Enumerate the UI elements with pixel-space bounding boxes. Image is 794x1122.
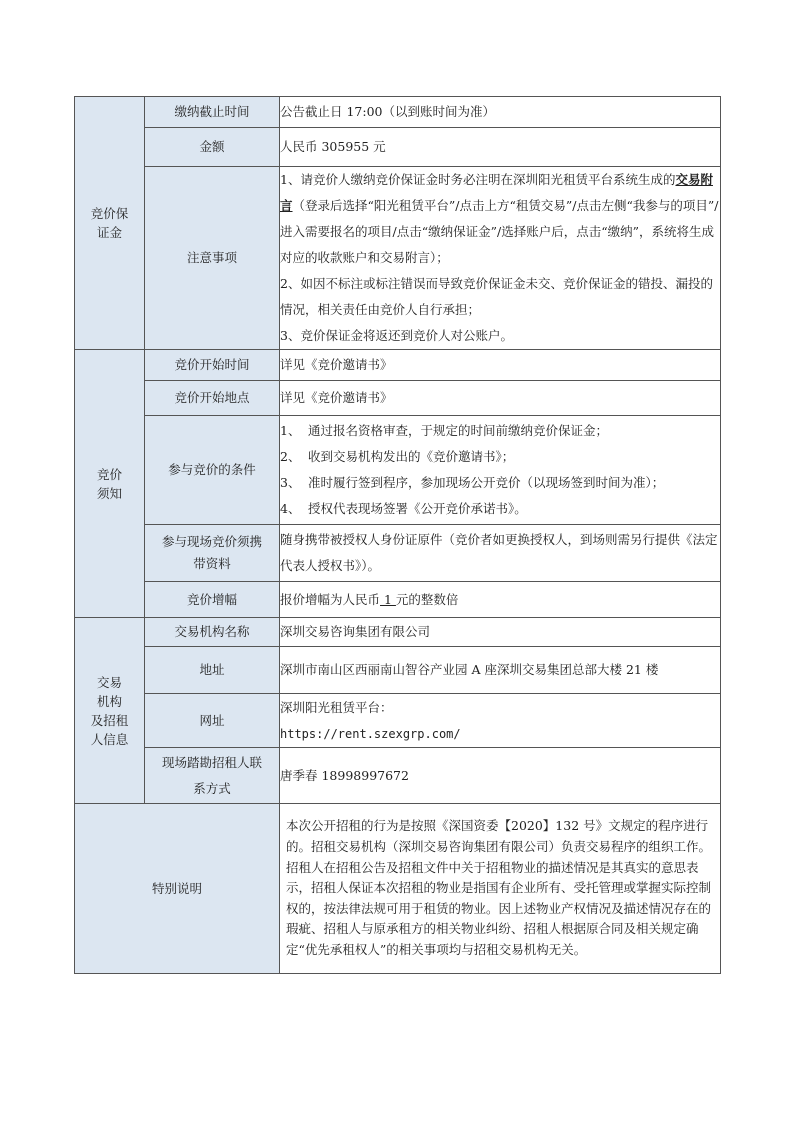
condition-item: 4、授权代表现场签署《公开竞价承诺书》。 <box>280 496 720 522</box>
table-row: 参与竞价的条件 1、通过报名资格审查，于规定的时间前缴纳竞价保证金； 2、收到交… <box>75 416 721 525</box>
condition-item: 3、准时履行签到程序，参加现场公开竞价（以现场签到时间为准）； <box>280 470 720 496</box>
table-row: 特别说明 本次公开招租的行为是按照《深国资委【2020】132 号》文规定的程序… <box>75 804 721 974</box>
label-line: 带资料 <box>145 553 279 575</box>
condition-text: 准时履行签到程序，参加现场公开竞价（以现场签到时间为准）； <box>308 475 664 490</box>
value-amount: 人民币 305955 元 <box>280 128 721 167</box>
group-label-line: 竞价 <box>75 465 144 484</box>
value-address: 深圳市南山区西丽南山智谷产业园 A 座深圳交易集团总部大楼 21 楼 <box>280 647 721 694</box>
label-bid-start-time: 竞价开始时间 <box>145 350 280 381</box>
group-label-line: 竞价保 <box>75 204 144 223</box>
value-bid-conditions: 1、通过报名资格审查，于规定的时间前缴纳竞价保证金； 2、收到交易机构发出的《竞… <box>280 416 721 525</box>
increment-amount: 1 <box>380 592 396 607</box>
notes-p1-prefix: 1、请竞价人缴纳竞价保证金时务必注明在深圳阳光租赁平台系统生成的 <box>280 172 675 187</box>
notice-table: 竞价保 证金 缴纳截止时间 公告截止日 17:00（以到账时间为准） 金额 人民… <box>74 96 721 974</box>
table-row: 地址 深圳市南山区西丽南山智谷产业园 A 座深圳交易集团总部大楼 21 楼 <box>75 647 721 694</box>
table-row: 现场踏勘招租人联 系方式 唐季春 18998997672 <box>75 748 721 804</box>
website-platform-name: 深圳阳光租赁平台： <box>280 695 720 721</box>
group-label-line: 须知 <box>75 484 144 503</box>
label-bid-increment: 竞价增幅 <box>145 582 280 618</box>
group-label-bidding: 竞价 须知 <box>75 350 145 618</box>
label-amount: 金额 <box>145 128 280 167</box>
label-bid-conditions: 参与竞价的条件 <box>145 416 280 525</box>
value-special-note: 本次公开招租的行为是按照《深国资委【2020】132 号》文规定的程序进行的。招… <box>280 804 721 974</box>
label-website: 网址 <box>145 694 280 748</box>
table-row: 竞价保 证金 缴纳截止时间 公告截止日 17:00（以到账时间为准） <box>75 97 721 128</box>
group-label-line: 证金 <box>75 223 144 242</box>
group-label-line: 机构 <box>75 692 144 711</box>
table-row: 交易 机构 及招租 人信息 交易机构名称 深圳交易咨询集团有限公司 <box>75 618 721 647</box>
value-agency-name: 深圳交易咨询集团有限公司 <box>280 618 721 647</box>
condition-text: 收到交易机构发出的《竞价邀请书》； <box>308 449 514 464</box>
group-label-deposit: 竞价保 证金 <box>75 97 145 350</box>
label-special-note: 特别说明 <box>75 804 280 974</box>
increment-suffix: 元的整数倍 <box>396 592 459 607</box>
table-row: 竞价 须知 竞价开始时间 详见《竞价邀请书》 <box>75 350 721 381</box>
condition-text: 通过报名资格审查，于规定的时间前缴纳竞价保证金； <box>308 423 608 438</box>
label-payment-deadline: 缴纳截止时间 <box>145 97 280 128</box>
label-agency-name: 交易机构名称 <box>145 618 280 647</box>
notes-p1-suffix: （登录后选择“阳光租赁平台”/点击上方“租赁交易”/点击左侧“我参与的项目”/进… <box>280 198 719 265</box>
value-payment-deadline: 公告截止日 17:00（以到账时间为准） <box>280 97 721 128</box>
group-label-line: 人信息 <box>75 730 144 749</box>
condition-item: 2、收到交易机构发出的《竞价邀请书》； <box>280 444 720 470</box>
table-row: 竞价增幅 报价增幅为人民币 1 元的整数倍 <box>75 582 721 618</box>
condition-number: 4、 <box>280 496 308 522</box>
value-website: 深圳阳光租赁平台： https://rent.szexgrp.com/ <box>280 694 721 748</box>
table-row: 注意事项 1、请竞价人缴纳竞价保证金时务必注明在深圳阳光租赁平台系统生成的交易附… <box>75 167 721 350</box>
label-line: 现场踏勘招租人联 <box>145 750 279 776</box>
value-bid-increment: 报价增幅为人民币 1 元的整数倍 <box>280 582 721 618</box>
notes-p3: 3、竞价保证金将返还到竞价人对公账户。 <box>280 323 720 349</box>
increment-prefix: 报价增幅为人民币 <box>280 592 380 607</box>
condition-item: 1、通过报名资格审查，于规定的时间前缴纳竞价保证金； <box>280 418 720 444</box>
condition-number: 3、 <box>280 470 308 496</box>
value-bid-start-time: 详见《竞价邀请书》 <box>280 350 721 381</box>
label-required-materials: 参与现场竞价须携 带资料 <box>145 525 280 582</box>
label-notes: 注意事项 <box>145 167 280 350</box>
label-line: 系方式 <box>145 776 279 802</box>
value-bid-location: 详见《竞价邀请书》 <box>280 381 721 416</box>
group-label-line: 及招租 <box>75 711 144 730</box>
label-bid-location: 竞价开始地点 <box>145 381 280 416</box>
condition-number: 1、 <box>280 418 308 444</box>
group-label-agency: 交易 机构 及招租 人信息 <box>75 618 145 804</box>
table-row: 网址 深圳阳光租赁平台： https://rent.szexgrp.com/ <box>75 694 721 748</box>
website-link[interactable]: https://rent.szexgrp.com/ <box>280 721 720 747</box>
value-contact: 唐季春 18998997672 <box>280 748 721 804</box>
table-row: 金额 人民币 305955 元 <box>75 128 721 167</box>
group-label-line: 交易 <box>75 673 144 692</box>
condition-text: 授权代表现场签署《公开竞价承诺书》。 <box>308 501 527 516</box>
value-notes: 1、请竞价人缴纳竞价保证金时务必注明在深圳阳光租赁平台系统生成的交易附言（登录后… <box>280 167 721 350</box>
table-row: 参与现场竞价须携 带资料 随身携带被授权人身份证原件（竞价者如更换授权人，到场则… <box>75 525 721 582</box>
notes-p2: 2、如因不标注或标注错误而导致竞价保证金未交、竞价保证金的错投、漏投的情况，相关… <box>280 271 720 323</box>
condition-number: 2、 <box>280 444 308 470</box>
table-row: 竞价开始地点 详见《竞价邀请书》 <box>75 381 721 416</box>
value-required-materials: 随身携带被授权人身份证原件（竞价者如更换授权人，到场则需另行提供《法定代表人授权… <box>280 525 721 582</box>
label-contact: 现场踏勘招租人联 系方式 <box>145 748 280 804</box>
label-line: 参与现场竞价须携 <box>145 531 279 553</box>
label-address: 地址 <box>145 647 280 694</box>
